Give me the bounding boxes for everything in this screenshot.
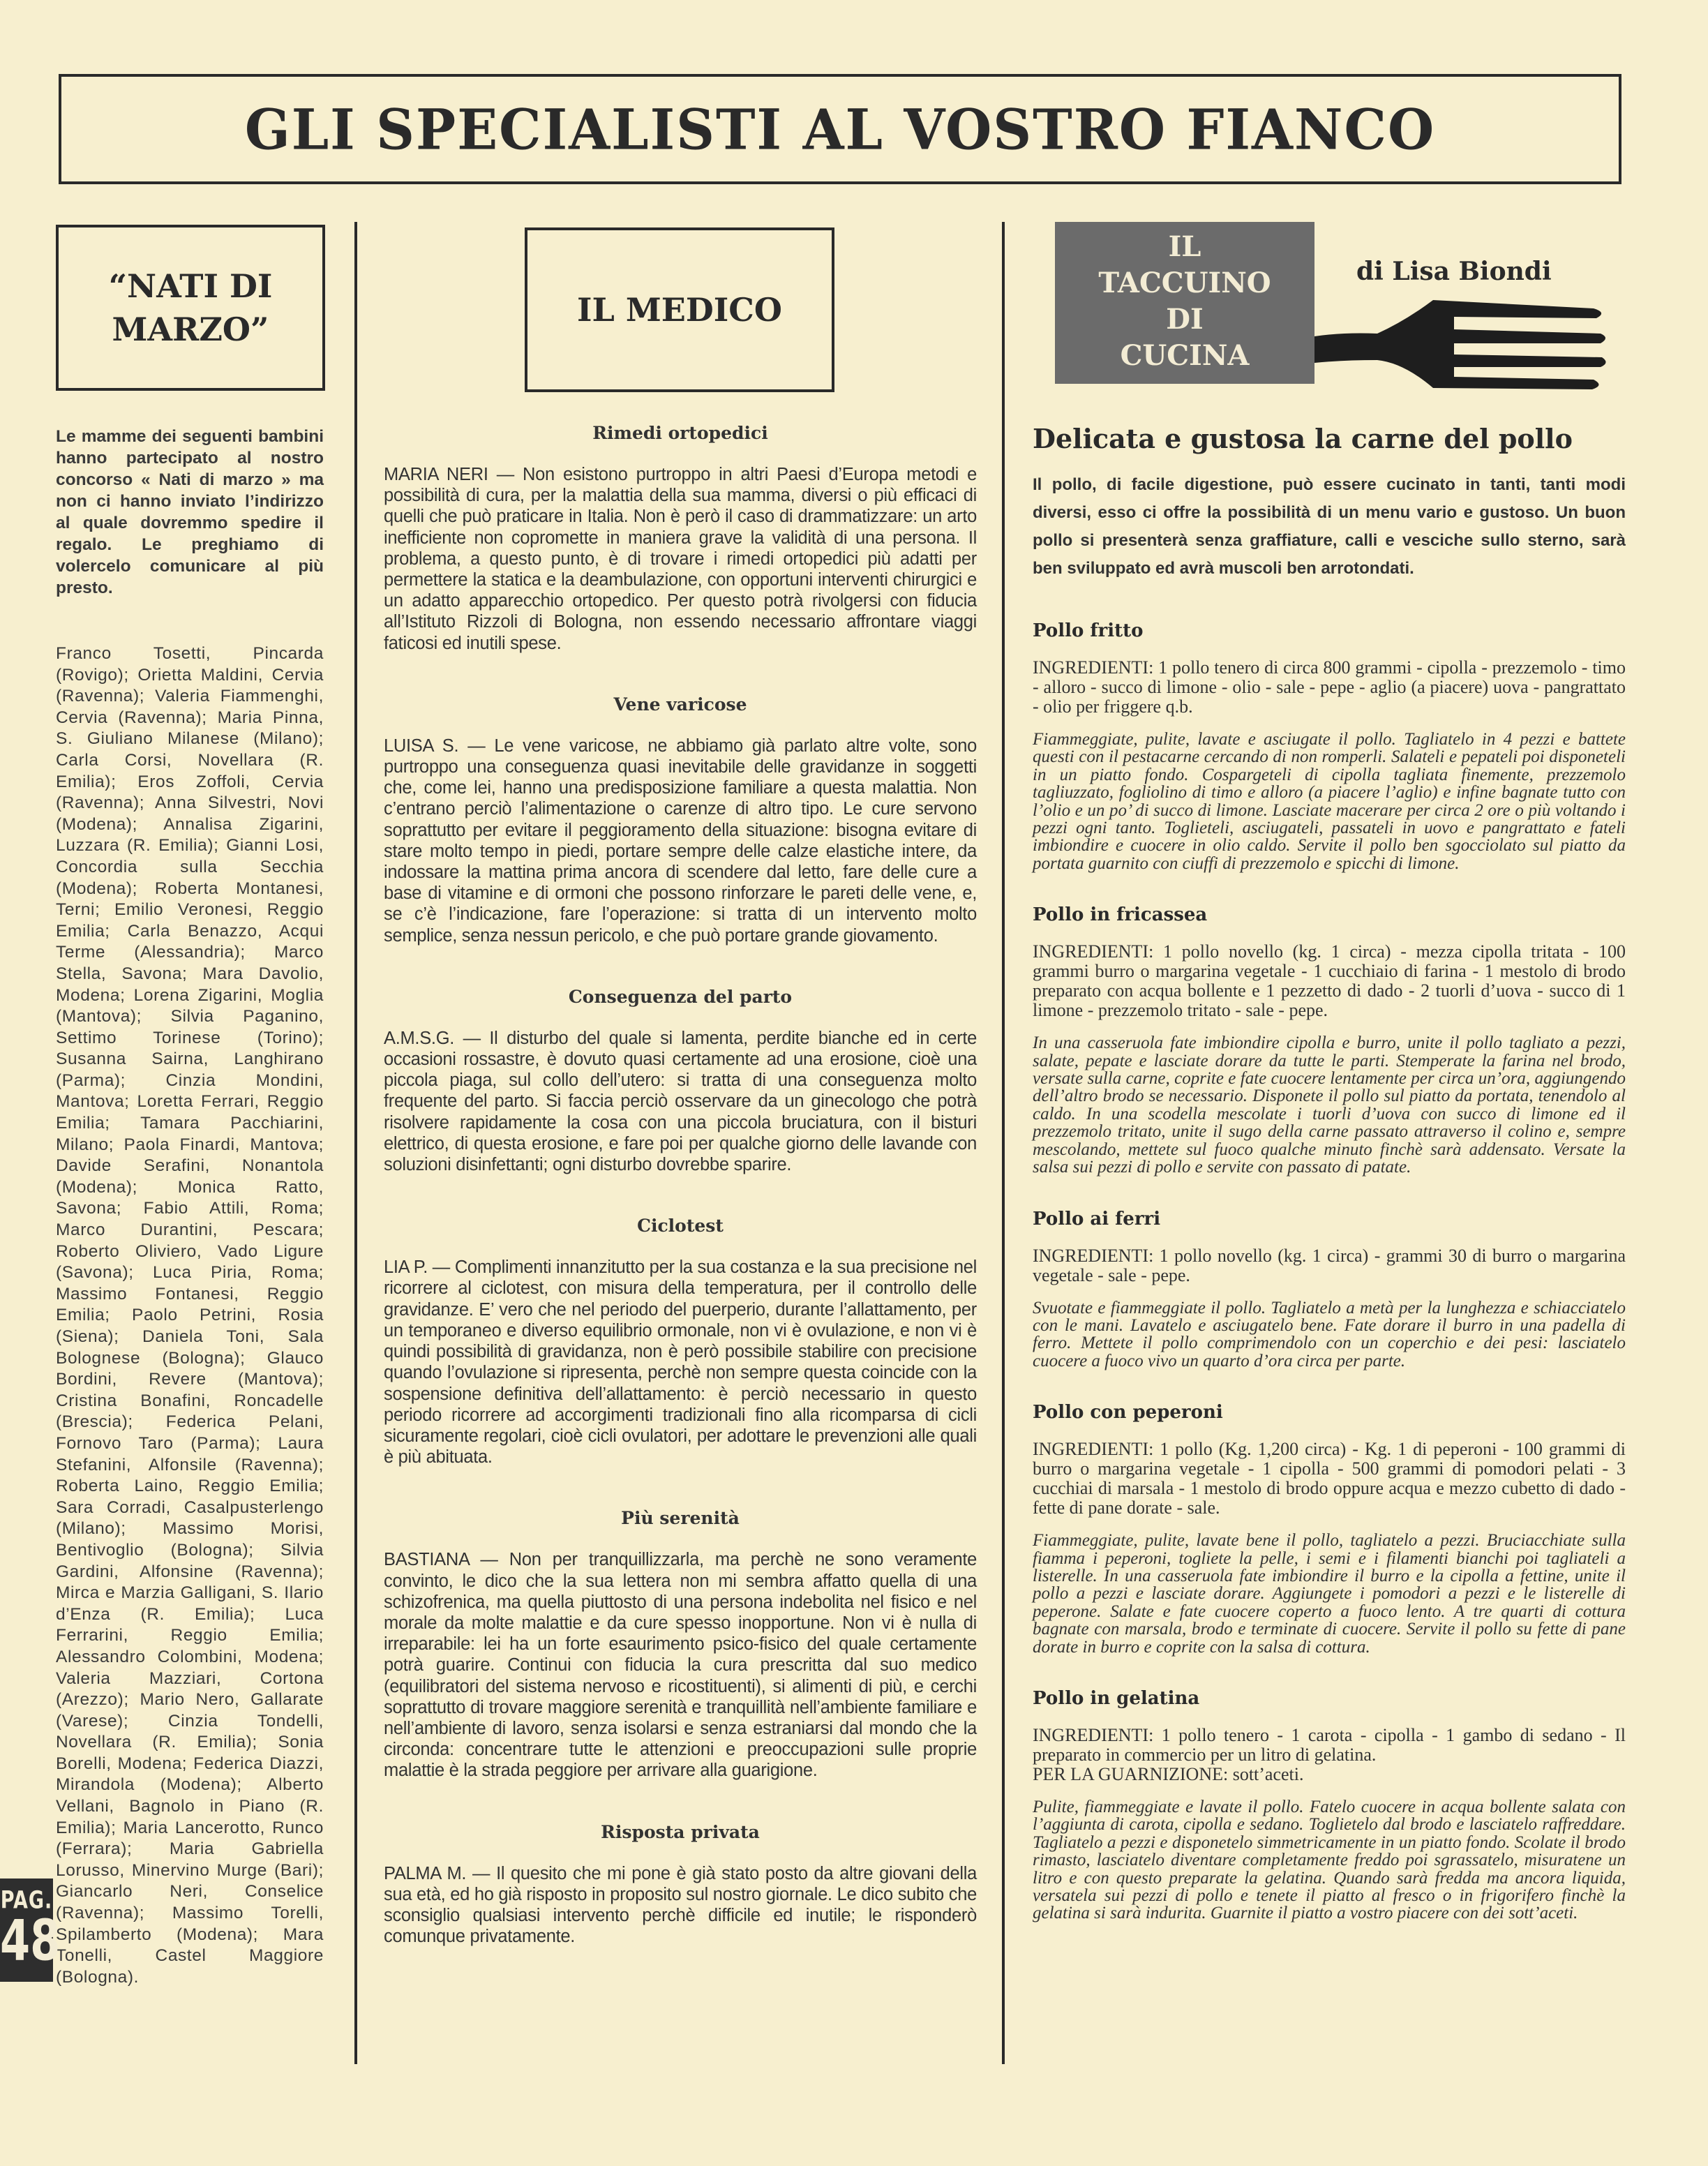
question-answer: LIA P. — Complimenti innanzitutto per la… <box>384 1257 977 1467</box>
nati-names-column: Franco Tosetti, Pincarda (Rovigo); Oriet… <box>56 643 324 1988</box>
recipe: Pollo ai ferriINGREDIENTI: 1 pollo novel… <box>1033 1209 1626 1370</box>
medico-question: CiclotestLIA P. — Complimenti innanzitut… <box>384 1216 977 1467</box>
question-title: Risposta privata <box>384 1822 977 1842</box>
question-title: Conseguenza del parto <box>384 987 977 1007</box>
recipe-title: Pollo ai ferri <box>1033 1209 1626 1230</box>
question-answer: MARIA NERI — Non esistono purtroppo in a… <box>384 464 977 654</box>
recipe-title: Pollo in gelatina <box>1033 1688 1626 1709</box>
recipe-procedure: In una casseruola fate imbiondire cipoll… <box>1033 1034 1626 1176</box>
recipe: Pollo con peperoniINGREDIENTI: 1 pollo (… <box>1033 1402 1626 1656</box>
nati-intro: Le mamme dei seguenti bambini hanno part… <box>56 426 324 599</box>
medico-question: Risposta privataPALMA M. — Il quesito ch… <box>384 1822 977 1948</box>
question-title: Vene varicose <box>384 694 977 715</box>
recipe-ingredients: INGREDIENTI: 1 pollo tenero - 1 carota -… <box>1033 1726 1626 1765</box>
fork-icon <box>1314 293 1608 391</box>
nati-di-marzo-column: Le mamme dei seguenti bambini hanno part… <box>56 426 324 599</box>
recipe-procedure: Fiammeggiate, pulite, lavate bene il pol… <box>1033 1532 1626 1656</box>
page-banner: GLI SPECIALISTI AL VOSTRO FIANCO <box>59 74 1621 184</box>
logo-line: DI <box>1055 301 1314 338</box>
il-medico-box: IL MEDICO <box>525 227 834 392</box>
question-title: Rimedi ortopedici <box>384 423 977 443</box>
column-divider-2 <box>1002 222 1005 2064</box>
nati-names-list: Franco Tosetti, Pincarda (Rovigo); Oriet… <box>56 643 324 1988</box>
recipe: Pollo in fricasseaINGREDIENTI: 1 pollo n… <box>1033 904 1626 1176</box>
logo-line: CUCINA <box>1055 338 1314 374</box>
medico-question: Conseguenza del partoA.M.S.G. — Il distu… <box>384 987 977 1175</box>
medico-question: Vene varicoseLUISA S. — Le vene varicose… <box>384 694 977 946</box>
banner-title: GLI SPECIALISTI AL VOSTRO FIANCO <box>245 96 1435 161</box>
recipe-title: Pollo fritto <box>1033 620 1626 641</box>
cucina-column: Delicata e gustosa la carne del pollo Il… <box>1033 423 1626 1955</box>
recipe-procedure: Svuotate e fiammeggiate il pollo. Taglia… <box>1033 1299 1626 1370</box>
il-medico-title: IL MEDICO <box>577 288 782 331</box>
nati-di-marzo-title: “NATI DIMARZO” <box>109 264 273 351</box>
recipe-procedure: Fiammeggiate, pulite, lavate e asciugate… <box>1033 731 1626 872</box>
recipe-title: Pollo con peperoni <box>1033 1402 1626 1423</box>
recipe: Pollo frittoINGREDIENTI: 1 pollo tenero … <box>1033 620 1626 872</box>
recipe-ingredients: INGREDIENTI: 1 pollo (Kg. 1,200 circa) -… <box>1033 1440 1626 1518</box>
recipe-title: Pollo in fricassea <box>1033 904 1626 925</box>
column-divider-1 <box>354 222 357 2064</box>
page-number: 48 <box>0 1902 53 1972</box>
nati-di-marzo-box: “NATI DIMARZO” <box>56 225 325 391</box>
question-title: Ciclotest <box>384 1216 977 1236</box>
question-title: Più serenità <box>384 1508 977 1528</box>
recipe-ingredients: INGREDIENTI: 1 pollo novello (kg. 1 circ… <box>1033 1246 1626 1285</box>
author-byline: di Lisa Biondi <box>1356 257 1552 286</box>
recipe-procedure: Pulite, fiammeggiate e lavate il pollo. … <box>1033 1798 1626 1922</box>
recipe-lead: Il pollo, di facile digestione, può esse… <box>1033 471 1626 583</box>
question-answer: BASTIANA — Non per tranquillizzarla, ma … <box>384 1549 977 1781</box>
logo-line: TACCUINO <box>1055 265 1314 301</box>
recipe-ingredients: INGREDIENTI: 1 pollo novello (kg. 1 circ… <box>1033 942 1626 1020</box>
recipe-ingredients: INGREDIENTI: 1 pollo tenero di circa 800… <box>1033 658 1626 717</box>
medico-question: Rimedi ortopediciMARIA NERI — Non esisto… <box>384 423 977 654</box>
recipe-headline: Delicata e gustosa la carne del pollo <box>1033 423 1626 454</box>
question-answer: PALMA M. — Il quesito che mi pone è già … <box>384 1863 977 1948</box>
question-answer: LUISA S. — Le vene varicose, ne abbiamo … <box>384 735 977 946</box>
logo-line: IL <box>1055 229 1314 265</box>
taccuino-logo: IL TACCUINO DI CUCINA <box>1055 222 1314 384</box>
medico-question: Più serenitàBASTIANA — Non per tranquill… <box>384 1508 977 1781</box>
question-answer: A.M.S.G. — Il disturbo del quale si lame… <box>384 1028 977 1175</box>
recipe-garnish: PER LA GUARNIZIONE: sott’aceti. <box>1033 1765 1626 1784</box>
recipe: Pollo in gelatinaINGREDIENTI: 1 pollo te… <box>1033 1688 1626 1922</box>
page-number-badge: PAG. 48 <box>0 1879 53 1982</box>
medico-column: Rimedi ortopediciMARIA NERI — Non esisto… <box>384 423 977 1987</box>
